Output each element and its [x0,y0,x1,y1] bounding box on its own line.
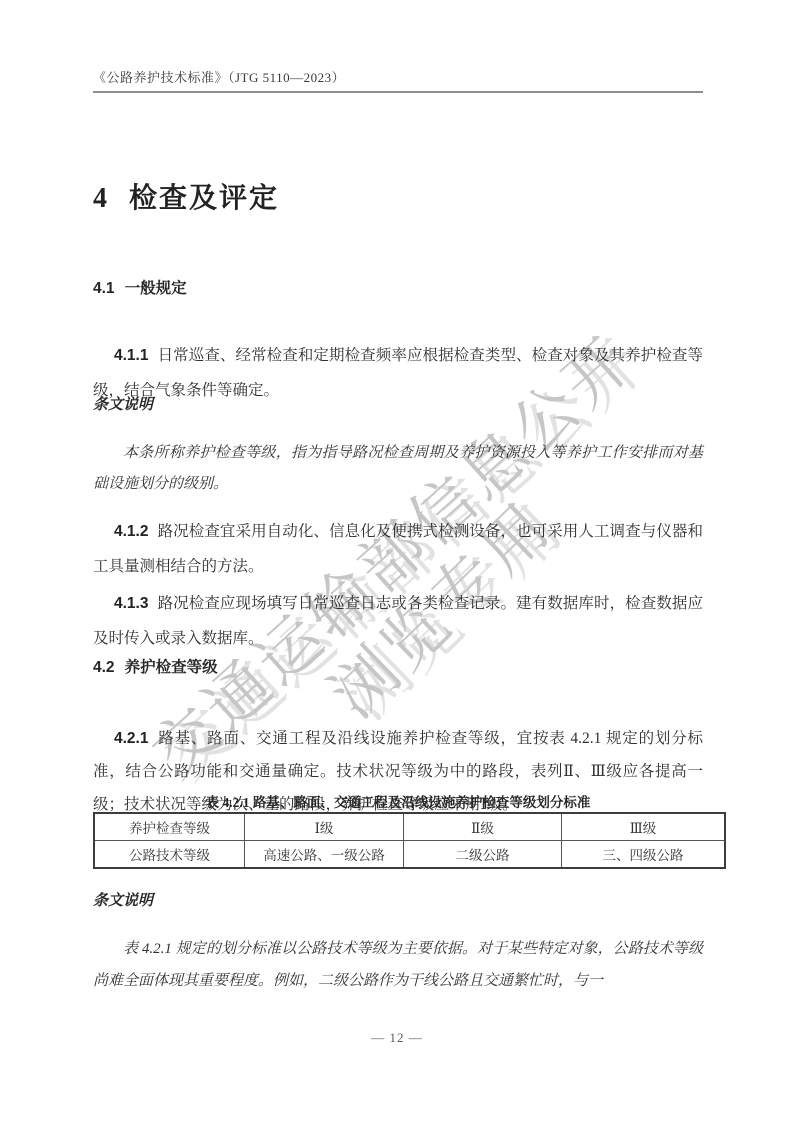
table-row: 公路技术等级 高速公路、一级公路 二级公路 三、四级公路 [94,841,725,869]
commentary-label-2: 条文说明 [93,889,703,910]
clause-number: 4.1.2 [114,523,148,540]
section-number: 4.2 [93,659,115,676]
table-cell: 二级公路 [404,841,562,869]
table-cell: 三、四级公路 [562,841,726,869]
chapter-number: 4 [93,183,109,214]
clause-text: 路况检查宜采用自动化、信息化及便携式检测设备，也可采用人工调查与仪器和工具量测相… [93,523,703,575]
table-cell: Ⅱ级 [404,813,562,841]
commentary-text-2: 表 4.2.1 规定的划分标准以公路技术等级为主要依据。对于某些特定对象，公路技… [93,933,703,997]
commentary-label-1: 条文说明 [93,393,703,414]
section-heading-42: 4.2养护检查等级 [93,655,703,677]
page-content: 《公路养护技术标准》（JTG 5110—2023） 4检查及评定 4.1一般规定… [0,0,794,1122]
clause-number: 4.1.3 [114,595,148,612]
standard-title: 《公路养护技术标准》（JTG 5110—2023） [93,70,345,85]
clause-number: 4.1.1 [114,347,148,364]
table-cell: 高速公路、一级公路 [245,841,404,869]
page-number: — 12 — [0,1030,794,1046]
grade-table-wrap: 养护检查等级 Ⅰ级 Ⅱ级 Ⅲ级 公路技术等级 高速公路、一级公路 二级公路 三、… [93,812,703,869]
section-title: 一般规定 [125,280,187,297]
running-header: 《公路养护技术标准》（JTG 5110—2023） [93,67,703,93]
table-caption: 表 4.2.1 路基、路面、交通工程及沿线设施养护检查等级划分标准 [93,791,703,811]
section-number: 4.1 [93,280,115,297]
table-cell: Ⅰ级 [245,813,404,841]
clause-text: 路况检查应现场填写日常巡查日志或各类检查记录。建有数据库时，检查数据应及时传入或… [93,595,703,647]
section-title: 养护检查等级 [125,659,218,676]
clause-text: 日常巡查、经常检查和定期检查频率应根据检查类型、检查对象及其养护检查等级，结合气… [93,347,703,399]
table-cell: Ⅲ级 [562,813,726,841]
grade-table: 养护检查等级 Ⅰ级 Ⅱ级 Ⅲ级 公路技术等级 高速公路、一级公路 二级公路 三、… [93,812,726,869]
clause-412: 4.1.2路况检查宜采用自动化、信息化及便携式检测设备，也可采用人工调查与仪器和… [93,514,703,584]
commentary-text-1: 本条所称养护检查等级，指为指导路况检查周期及养护资源投入等养护工作安排而对基础设… [93,438,703,500]
table-cell: 公路技术等级 [94,841,245,869]
section-heading-41: 4.1一般规定 [93,276,703,298]
chapter-title: 4检查及评定 [93,176,703,216]
table-cell: 养护检查等级 [94,813,245,841]
clause-413: 4.1.3路况检查应现场填写日常巡查日志或各类检查记录。建有数据库时，检查数据应… [93,586,703,656]
chapter-title-text: 检查及评定 [129,183,279,214]
table-row: 养护检查等级 Ⅰ级 Ⅱ级 Ⅲ级 [94,813,725,841]
document-page: 交通运输部信息公开 浏览专用 《公路养护技术标准》（JTG 5110—2023）… [0,0,794,1122]
clause-number: 4.2.1 [114,730,148,747]
